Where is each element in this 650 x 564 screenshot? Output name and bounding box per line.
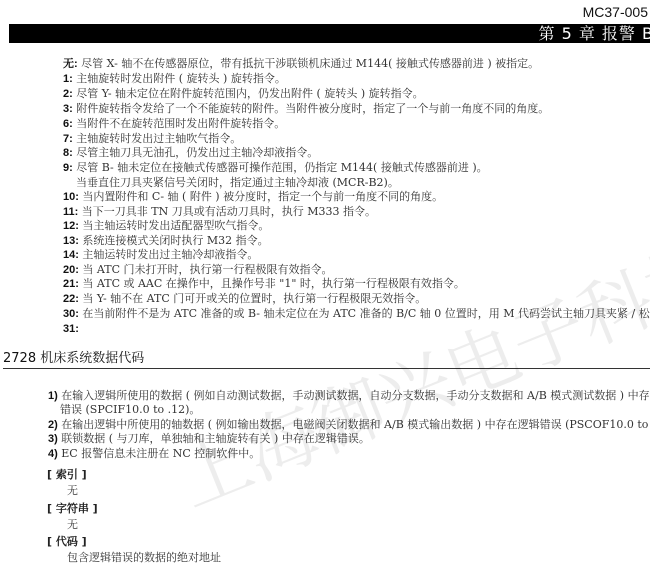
alarm-detail-line: 8: 尽管主轴刀具无油孔，仍发出过主轴冷却液指令。 (63, 146, 318, 160)
alarm-detail-line: 30: 在当前附件不是为 ATC 准备的或 B- 轴未定位在为 ATC 准备的 … (63, 307, 650, 321)
document-code: MC37-005 (583, 4, 648, 20)
alarm-detail-line: 22: 当 Y- 轴不在 ATC 门可开或关的位置时，执行第一行程极限无效指令。 (63, 292, 426, 306)
alarm-detail-line: 3: 附件旋转指令发给了一个不能旋转的附件。当附件被分度时，指定了一个与前一角度… (63, 102, 549, 116)
section-item: 4) EC 报警信息未注册在 NC 控制软件中。 (48, 447, 260, 461)
alarm-detail-line: 11: 当下一刀具非 TN 刀具或有活动刀具时，执行 M333 指令。 (63, 205, 376, 219)
alarm-detail-line: 7: 主轴旋转时发出过主轴吹气指令。 (63, 132, 241, 146)
alarm-detail-line: 9: 尽管 B- 轴未定位在接触式传感器可操作范围，仍指定 M144( 接触式传… (63, 161, 488, 175)
alarm-detail-line: 31: (63, 322, 79, 336)
alarm-detail-line: 21: 当 ATC 或 AAC 在操作中，且操作号非 "1" 时，执行第一行程极… (63, 277, 465, 291)
alarm-detail-line: 1: 主轴旋转时发出附件 ( 旋转头 ) 旋转指令。 (63, 72, 286, 86)
chapter-title: 第 5 章 报警 B (538, 24, 650, 43)
alarm-detail-line: 12: 当主轴运转时发出适配器型吹气指令。 (63, 219, 269, 233)
section-item: 错误 (SPCIF10.0 to .12)。 (60, 403, 200, 417)
alarm-detail-line: 2: 尽管 Y- 轴未定位在附件旋转范围内，仍发出附件 ( 旋转头 ) 旋转指令… (63, 87, 424, 101)
field-value-index: 无 (67, 482, 78, 498)
alarm-detail-line: 6: 当附件不在旋转范围时发出附件旋转指令。 (63, 117, 285, 131)
field-label-code: [ 代码 ] (47, 533, 87, 549)
section-item: 3) 联锁数据 ( 与刀库，单独轴和主轴旋转有关 ) 中存在逻辑错误。 (48, 432, 370, 446)
section-divider (3, 368, 650, 369)
section-item: 2) 在输出逻辑中所使用的轴数据 ( 例如输出数据，电磁阀关闭数据和 A/B 模… (48, 418, 650, 432)
alarm-detail-line: 13: 系统连接模式关闭时执行 M32 指令。 (63, 234, 269, 248)
alarm-detail-line: 14: 主轴运转时发出过主轴冷却液指令。 (63, 248, 258, 262)
alarm-detail-line: 无: 尽管 X- 轴不在传感器原位，带有抵抗干涉联锁机床通过 M144( 接触式… (63, 57, 539, 71)
alarm-detail-line: 10: 当内置附件和 C- 轴 ( 附件 ) 被分度时，指定一个与前一角度不同的… (63, 190, 443, 204)
alarm-detail-line: 20: 当 ATC 门未打开时，执行第一行程极限有效指令。 (63, 263, 333, 277)
field-label-index: [ 索引 ] (47, 466, 87, 482)
field-label-string: [ 字符串 ] (47, 500, 98, 516)
alarm-detail-line: 当垂直住刀具夹紧信号关闭时，指定通过主轴冷却液 (MCR-B2)。 (76, 176, 399, 190)
field-value-string: 无 (67, 516, 78, 532)
chapter-header-bar: 第 5 章 报警 B (9, 24, 650, 43)
section-title: 2728 机床系统数据代码 (3, 347, 144, 366)
field-value-code: 包含逻辑错误的数据的绝对地址 (67, 549, 221, 564)
section-item: 1) 在输入逻辑所使用的数据 ( 例如自动测试数据，手动测试数据，自动分支数据，… (48, 389, 650, 403)
